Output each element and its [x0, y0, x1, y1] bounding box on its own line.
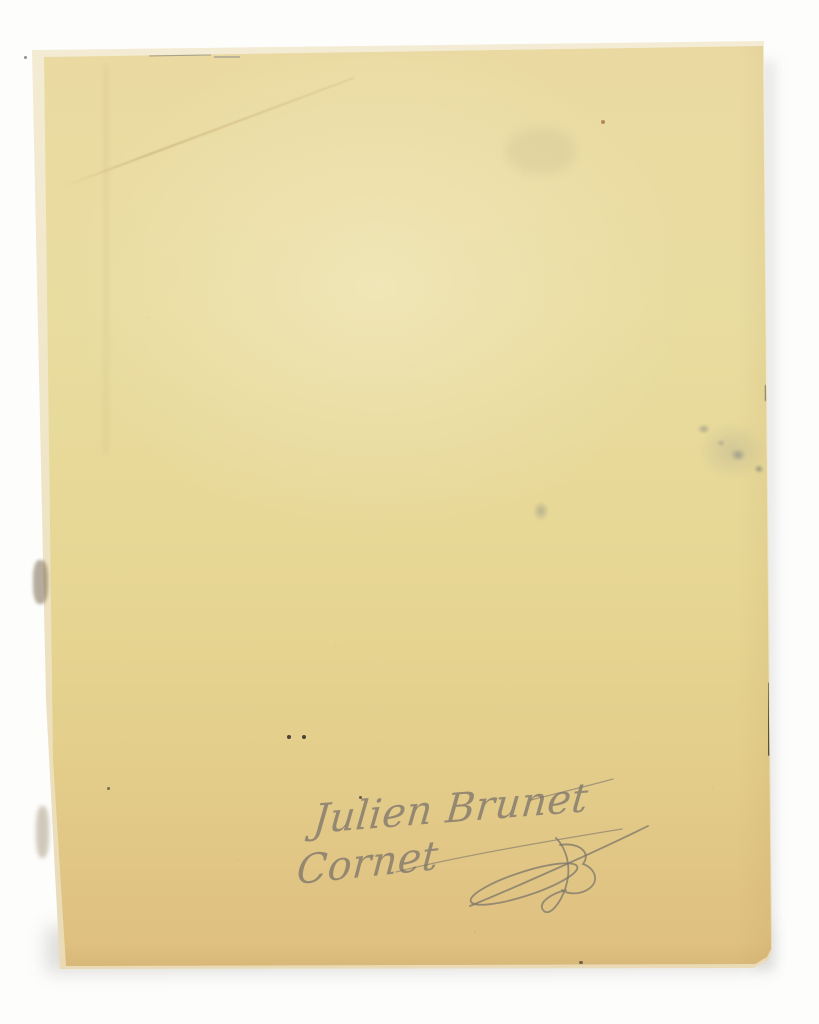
paper-speckle-texture — [0, 0, 819, 1024]
dark-speck — [107, 787, 110, 790]
dark-speck — [287, 735, 291, 739]
photo-background: Julien Brunet Cornet — [0, 0, 819, 1024]
dust-speck — [24, 56, 27, 59]
dark-speck — [579, 961, 583, 964]
top-edge-streak — [214, 56, 240, 58]
dark-speck — [359, 796, 362, 799]
booklet-cover — [0, 0, 819, 1024]
dark-speck — [302, 735, 306, 739]
grey-smudge — [506, 128, 576, 174]
left-edge-wear-mark — [36, 806, 49, 858]
blue-ink-dot — [531, 499, 551, 523]
blue-ink-smudge — [683, 403, 778, 503]
left-edge-wear-mark — [33, 560, 48, 604]
vertical-crease — [104, 64, 108, 454]
red-speck — [601, 120, 605, 124]
